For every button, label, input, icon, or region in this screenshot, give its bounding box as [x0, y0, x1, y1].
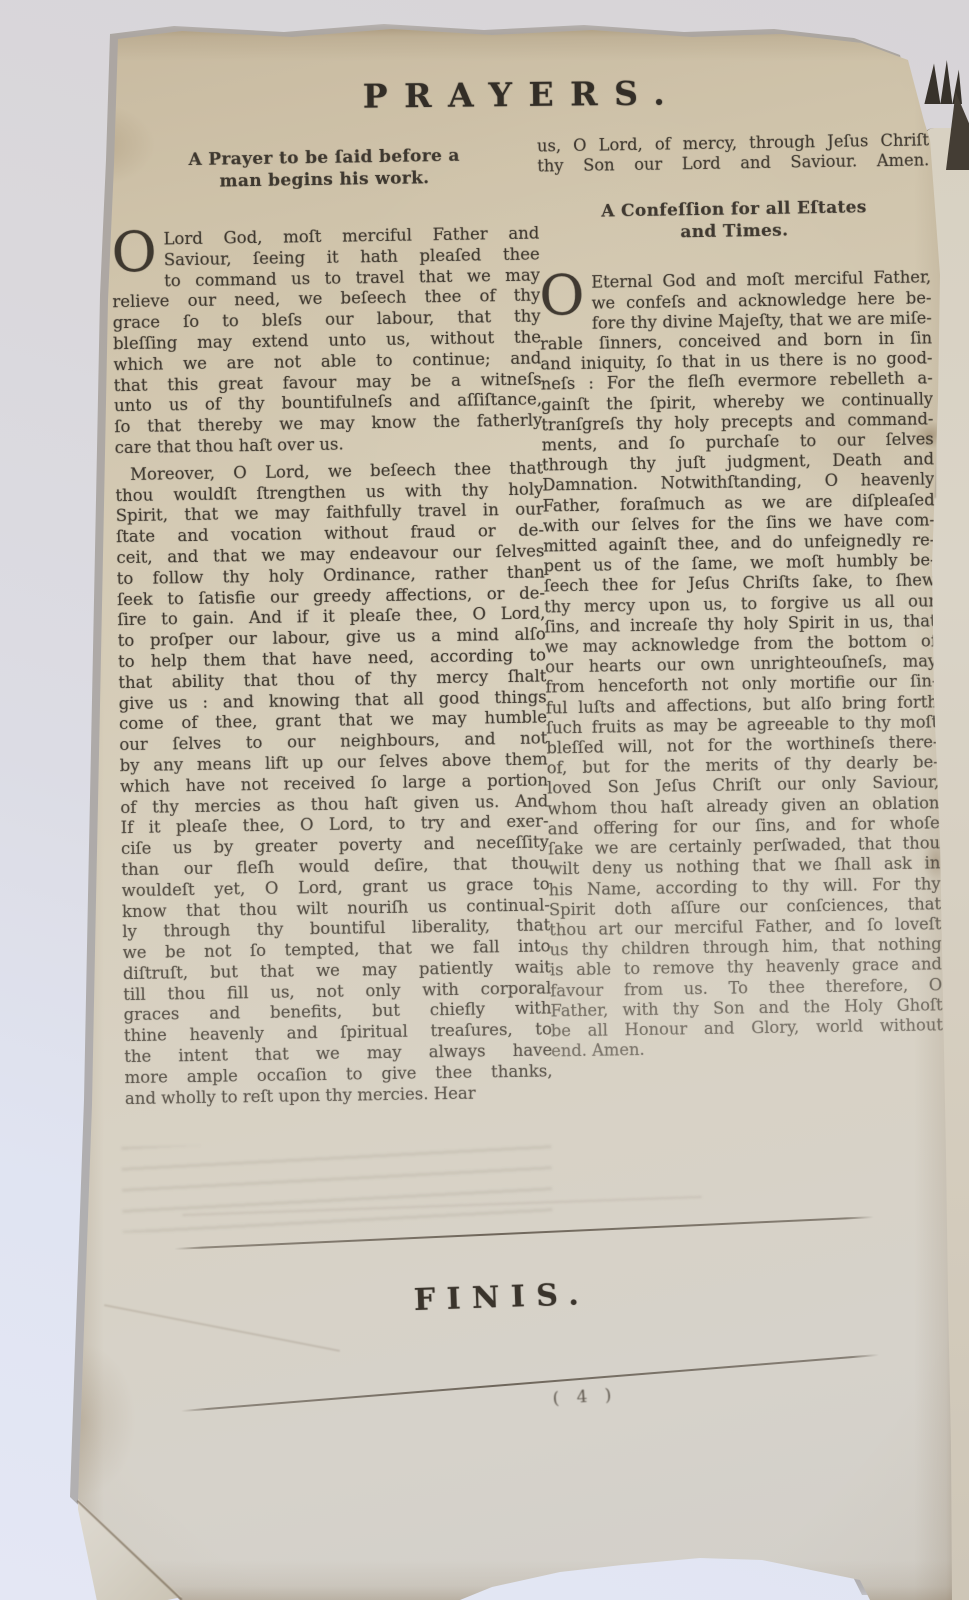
right-column: us, O Lord, of mercy, through Jeſus Chri…	[537, 130, 943, 1061]
confession-paragraph: O Eternal God and moſt merciful Father,w…	[539, 268, 943, 1062]
show-through-ghost-text	[121, 1139, 552, 1232]
dropcap-initial: O	[111, 232, 157, 273]
left-column: A Prayer to be ſaid before aman begins h…	[110, 145, 553, 1110]
prayer-paragraph-1: O Lord God, moſt merciful Father andSavi…	[111, 224, 543, 459]
text-columns: A Prayer to be ſaid before aman begins h…	[52, 18, 969, 1600]
prayer-heading: A Prayer to be ſaid before aman begins h…	[110, 145, 539, 195]
book-page: PRAYERS. A Prayer to be ſaid before aman…	[62, 25, 962, 1600]
dropcap-initial: O	[539, 275, 585, 316]
prayer-paragraph-2: Moreover, O Lord, we beſeech thee thatth…	[115, 458, 553, 1109]
prayer-continuation: us, O Lord, of mercy, through Jeſus Chri…	[537, 130, 930, 177]
confession-heading: A Confeſſion for all Eſtatesand Times.	[538, 197, 931, 246]
